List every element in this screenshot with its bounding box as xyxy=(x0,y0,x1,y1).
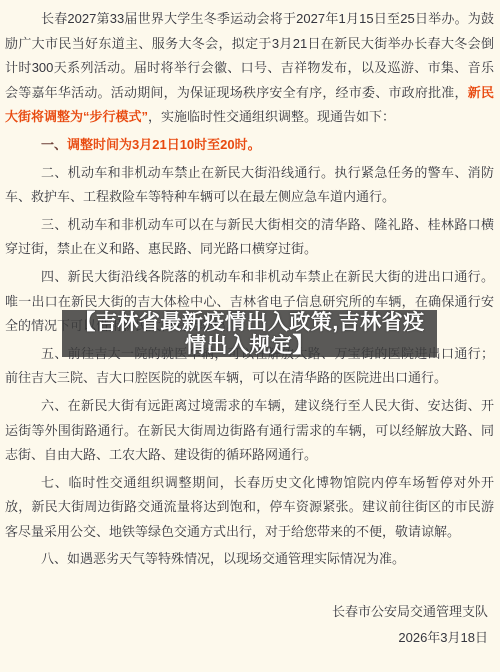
paragraph-intro: 长春2027第33届世界大学生冬季运动会将于2027年1月15日至25日举办。为… xyxy=(5,7,494,130)
intro-text: 长春2027第33届世界大学生冬季运动会将于2027年1月15日至25日举办。为… xyxy=(5,11,494,100)
paragraph-item-7: 七、临时性交通组织调整期间，长春历史文化博物馆院内停车场暂停对外开放，新民大街周… xyxy=(5,471,494,545)
signature-organization: 长春市公安局交通管理支队 xyxy=(5,599,488,625)
paragraph-item-2: 二、机动车和非机动车禁止在新民大街沿线通行。执行紧急任务的警车、消防车、救护车、… xyxy=(5,161,494,210)
watermark-title-line-1: 【吉林省最新疫情出入政策,吉林省疫 xyxy=(62,311,437,334)
paragraph-item-3: 三、机动车和非机动车可以在与新民大街相交的清华路、隆礼路、桂林路口横穿过街，禁止… xyxy=(5,213,494,262)
watermark-title-overlay: 【吉林省最新疫情出入政策,吉林省疫 情出入规定】 xyxy=(62,310,437,357)
signature-date: 2026年3月18日 xyxy=(5,625,488,651)
paragraph-item-1: 一、调整时间为3月21日10时至20时。 xyxy=(5,133,494,158)
paragraph-item-8: 八、如遇恶劣天气等特殊情况，以现场交通管理实际情况为准。 xyxy=(5,547,494,572)
signature-block: 长春市公安局交通管理支队 2026年3月18日 xyxy=(5,599,494,651)
intro-text-end: ，实施临时性交通组织调整。现通告如下： xyxy=(148,109,395,124)
item-1-marker: 一、 xyxy=(41,137,67,152)
item-1-highlight-time: 调整时间为3月21日10时至20时。 xyxy=(67,137,261,152)
paragraph-item-6: 六、在新民大街有远距离过境需求的车辆，建议绕行至人民大街、安达街、开运街等外围街… xyxy=(5,394,494,468)
watermark-title-line-2: 情出入规定】 xyxy=(62,334,437,357)
